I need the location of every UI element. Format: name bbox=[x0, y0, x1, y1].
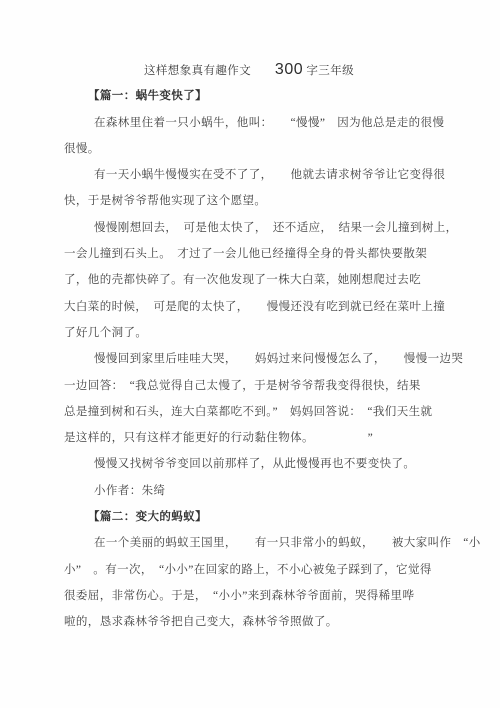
title-gap bbox=[251, 65, 275, 77]
text-line: 在一个美丽的蚂蚁王国里， 有一只非常小的蚂蚁， 被大家叫作 “小 bbox=[64, 530, 434, 556]
text-line: 一会儿撞到石头上。 才过了一会儿他已经撞得全身的骨头都快要散架 bbox=[64, 241, 434, 267]
title-grade: 字三年级 bbox=[303, 65, 354, 77]
text-line: 慢慢又找树爷爷变回以前那样了，从此慢慢再也不要变快了。 bbox=[64, 451, 434, 477]
text-line: 啦的，恳求森林爷爷把自己变大，森林爷爷照做了。 bbox=[64, 609, 434, 635]
text-line: 有一天小蜗牛慢慢实在受不了了， 他就去请求树爷爷让它变得很 bbox=[64, 162, 434, 188]
text-line: 慢慢回到家里后哇哇大哭， 妈妈过来问慢慢怎么了， 慢慢一边哭 bbox=[64, 346, 434, 372]
essay-content: 这样想象真有趣作文 300 字三年级 【篇一：蜗牛变快了】在森林里住着一只小蜗牛… bbox=[64, 57, 434, 636]
section-heading: 【篇一：蜗牛变快了】 bbox=[64, 83, 434, 109]
text-line: 一边回答： “我总觉得自己太慢了，于是树爷爷帮我变得很快，结果 bbox=[64, 373, 434, 399]
text-line: 小作者：朱绮 bbox=[64, 478, 434, 504]
title-text: 这样想象真有趣作文 bbox=[144, 65, 251, 77]
essay-lines: 【篇一：蜗牛变快了】在森林里住着一只小蜗牛，他叫： “慢慢” 因为他总是走的很慢… bbox=[64, 83, 434, 635]
text-line: 大白菜的时候， 可是爬的太快了， 慢慢还没有吃到就已经在菜叶上撞 bbox=[64, 294, 434, 320]
text-line: 是这样的，只有这样才能更好的行动黏住物体。 ” bbox=[64, 425, 434, 451]
text-line: 很慢。 bbox=[64, 136, 434, 162]
text-line: 在森林里住着一只小蜗牛，他叫： “慢慢” 因为他总是走的很慢 bbox=[64, 110, 434, 136]
title-word-count: 300 bbox=[275, 61, 303, 78]
text-line: 慢慢刚想回去， 可是他太快了， 还不适应， 结果一会儿撞到树上， bbox=[64, 215, 434, 241]
text-line: 了，他的壳都快碎了。有一次他发现了一株大白菜，她刚想爬过去吃 bbox=[64, 267, 434, 293]
text-line: 快，于是树爷爷帮他实现了这个愿望。 bbox=[64, 188, 434, 214]
text-line: 小” 。有一次， “小小”在回家的路上，不小心被兔子踩到了，它觉得 bbox=[64, 557, 434, 583]
section-heading: 【篇二：变大的蚂蚁】 bbox=[64, 504, 434, 530]
text-line: 了好几个洞了。 bbox=[64, 320, 434, 346]
text-line: 总是撞到树和石头，连大白菜都吃不到。” 妈妈回答说： “我们天生就 bbox=[64, 399, 434, 425]
document-page: 这样想象真有趣作文 300 字三年级 【篇一：蜗牛变快了】在森林里住着一只小蜗牛… bbox=[0, 0, 500, 708]
essay-title: 这样想象真有趣作文 300 字三年级 bbox=[64, 57, 434, 83]
text-line: 很委屈，非常伤心。于是， “小小”来到森林爷爷面前，哭得稀里哗 bbox=[64, 583, 434, 609]
